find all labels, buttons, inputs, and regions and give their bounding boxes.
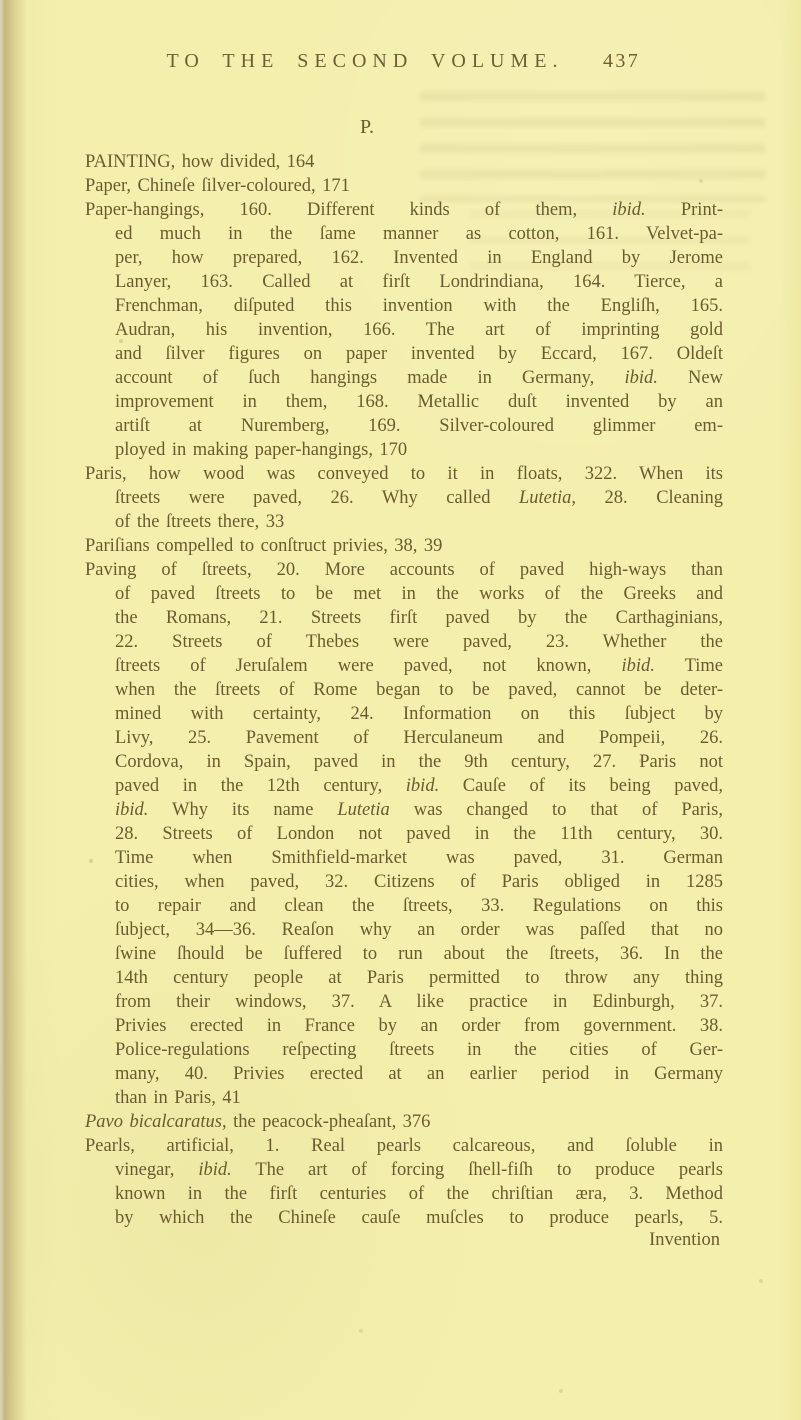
book-page: TO THE SECOND VOLUME. 437 P. PAINTING, h…	[0, 0, 801, 1420]
text-segment: Pariſians compelled to conſtruct privies…	[85, 536, 442, 556]
catchword: Invention	[85, 1228, 720, 1252]
text-line: 14th century people at Paris permitted t…	[85, 966, 723, 990]
text-segment: was changed to that of Paris,	[390, 800, 723, 820]
index-entry: Paving of ſtreets, 20. More accounts of …	[85, 558, 723, 1110]
index-entry: PAINTING, how divided, 164	[85, 150, 723, 174]
text-segment: Paris, how wood was conveyed to it in fl…	[85, 464, 723, 484]
text-line: PAINTING, how divided, 164	[85, 150, 723, 174]
text-segment: Time when Smithfield-market was paved, 3…	[115, 848, 723, 868]
text-segment: , the peacock-pheaſant, 376	[222, 1112, 430, 1132]
text-segment: The art of forcing ſhell-fiſh to produce…	[232, 1160, 723, 1180]
text-line: Cordova, in Spain, paved in the 9th cent…	[85, 750, 723, 774]
text-line: ſwine ſhould be ſuffered to run about th…	[85, 942, 723, 966]
italic-segment: ibid.	[621, 656, 654, 676]
text-line: Police-regulations reſpecting ſtreets in…	[85, 1038, 723, 1062]
text-segment: of paved ſtreets to be met in the works …	[115, 584, 723, 604]
italic-segment: Pavo bicalcaratus	[85, 1112, 222, 1132]
text-line: Paper-hangings, 160. Different kinds of …	[85, 198, 723, 222]
text-line: ployed in making paper-hangings, 170	[85, 438, 723, 462]
text-segment: of the ſtreets there, 33	[115, 512, 284, 532]
text-segment: ployed in making paper-hangings, 170	[115, 440, 407, 460]
text-segment: 28. Streets of London not paved in the 1…	[115, 824, 723, 844]
text-segment: 22. Streets of Thebes were paved, 23. Wh…	[115, 632, 723, 652]
text-line: improvement in them, 168. Metallic duſt …	[85, 390, 723, 414]
text-segment: improvement in them, 168. Metallic duſt …	[115, 392, 723, 412]
index-entry: Pavo bicalcaratus, the peacock-pheaſant,…	[85, 1110, 723, 1134]
text-segment: New	[658, 368, 723, 388]
index-entries: PAINTING, how divided, 164Paper, Chineſe…	[85, 150, 723, 1230]
text-segment: vinegar,	[115, 1160, 198, 1180]
text-line: cities, when paved, 32. Citizens of Pari…	[85, 870, 723, 894]
text-line: ſtreets of Jeruſalem were paved, not kno…	[85, 654, 723, 678]
text-segment: ſubject, 34—36. Reaſon why an order was …	[115, 920, 723, 940]
text-line: Pavo bicalcaratus, the peacock-pheaſant,…	[85, 1110, 723, 1134]
text-line: 28. Streets of London not paved in the 1…	[85, 822, 723, 846]
text-line: Paving of ſtreets, 20. More accounts of …	[85, 558, 723, 582]
text-segment: the Romans, 21. Streets firſt paved by t…	[115, 608, 723, 628]
text-segment: Livy, 25. Pavement of Herculaneum and Po…	[115, 728, 723, 748]
text-line: Privies erected in France by an order fr…	[85, 1014, 723, 1038]
text-line: Pearls, artificial, 1. Real pearls calca…	[85, 1134, 723, 1158]
text-line: of paved ſtreets to be met in the works …	[85, 582, 723, 606]
text-segment: when the ſtreets of Rome began to be pav…	[115, 680, 723, 700]
text-line: Lanyer, 163. Called at firſt Londrindian…	[85, 270, 723, 294]
header-title: TO THE SECOND VOLUME.	[45, 50, 685, 73]
text-segment: Why its name	[148, 800, 337, 820]
text-segment: known in the firſt centuries of the chri…	[115, 1184, 723, 1204]
text-segment: PAINTING, how divided, 164	[85, 152, 314, 172]
text-segment: , 28. Cleaning	[571, 488, 723, 508]
text-line: account of ſuch hangings made in Germany…	[85, 366, 723, 390]
text-segment: Paper-hangings, 160. Different kinds of …	[85, 200, 612, 220]
text-segment: Paving of ſtreets, 20. More accounts of …	[85, 560, 723, 580]
text-segment: Privies erected in France by an order fr…	[115, 1016, 723, 1036]
index-entry: Paris, how wood was conveyed to it in fl…	[85, 462, 723, 534]
text-line: the Romans, 21. Streets firſt paved by t…	[85, 606, 723, 630]
text-segment: Cauſe of its being paved,	[439, 776, 723, 796]
text-segment: Lanyer, 163. Called at firſt Londrindian…	[115, 272, 723, 292]
text-segment: Police-regulations reſpecting ſtreets in…	[115, 1040, 723, 1060]
text-segment: and ſilver figures on paper invented by …	[115, 344, 723, 364]
text-segment: to repair and clean the ſtreets, 33. Reg…	[115, 896, 723, 916]
italic-segment: ibid.	[624, 368, 657, 388]
index-entry: Pearls, artificial, 1. Real pearls calca…	[85, 1134, 723, 1230]
section-letter: P.	[47, 116, 687, 139]
text-line: from their windows, 37. A like practice …	[85, 990, 723, 1014]
text-line: many, 40. Privies erected at an earlier …	[85, 1062, 723, 1086]
page-number: 437	[603, 50, 640, 73]
text-line: Pariſians compelled to conſtruct privies…	[85, 534, 723, 558]
text-segment: Time	[655, 656, 723, 676]
text-segment: account of ſuch hangings made in Germany…	[115, 368, 624, 388]
text-line: ſtreets were paved, 26. Why called Lutet…	[85, 486, 723, 510]
text-line: 22. Streets of Thebes were paved, 23. Wh…	[85, 630, 723, 654]
text-segment: from their windows, 37. A like practice …	[115, 992, 723, 1012]
italic-segment: ibid.	[612, 200, 645, 220]
paper-speckles	[0, 0, 2, 2]
text-line: ſubject, 34—36. Reaſon why an order was …	[85, 918, 723, 942]
text-line: per, how prepared, 162. Invented in Engl…	[85, 246, 723, 270]
text-segment: Print-	[646, 200, 723, 220]
text-segment: Frenchman, diſputed this invention with …	[115, 296, 723, 316]
text-segment: Cordova, in Spain, paved in the 9th cent…	[115, 752, 723, 772]
text-segment: mined with certainty, 24. Information on…	[115, 704, 723, 724]
text-line: vinegar, ibid. The art of forcing ſhell-…	[85, 1158, 723, 1182]
text-line: paved in the 12th century, ibid. Cauſe o…	[85, 774, 723, 798]
text-line: than in Paris, 41	[85, 1086, 723, 1110]
text-line: when the ſtreets of Rome began to be pav…	[85, 678, 723, 702]
index-entry: Paper-hangings, 160. Different kinds of …	[85, 198, 723, 462]
text-line: artiſt at Nuremberg, 169. Silver-coloure…	[85, 414, 723, 438]
text-segment: Paper, Chineſe ſilver-coloured, 171	[85, 176, 350, 196]
text-segment: artiſt at Nuremberg, 169. Silver-coloure…	[115, 416, 723, 436]
text-line: Audran, his invention, 166. The art of i…	[85, 318, 723, 342]
text-line: ed much in the ſame manner as cotton, 16…	[85, 222, 723, 246]
text-segment: cities, when paved, 32. Citizens of Pari…	[115, 872, 723, 892]
italic-segment: Lutetia	[337, 800, 389, 820]
italic-segment: ibid.	[406, 776, 439, 796]
italic-segment: Lutetia	[519, 488, 571, 508]
text-segment: 14th century people at Paris permitted t…	[115, 968, 723, 988]
text-segment: Audran, his invention, 166. The art of i…	[115, 320, 723, 340]
text-segment: ſwine ſhould be ſuffered to run about th…	[115, 944, 723, 964]
text-segment: per, how prepared, 162. Invented in Engl…	[115, 248, 723, 268]
text-segment: ed much in the ſame manner as cotton, 16…	[115, 224, 723, 244]
text-line: Frenchman, diſputed this invention with …	[85, 294, 723, 318]
text-line: and ſilver figures on paper invented by …	[85, 342, 723, 366]
text-line: Paris, how wood was conveyed to it in fl…	[85, 462, 723, 486]
italic-segment: ibid.	[198, 1160, 231, 1180]
text-segment: paved in the 12th century,	[115, 776, 406, 796]
text-segment: than in Paris, 41	[115, 1088, 241, 1108]
page-header: TO THE SECOND VOLUME. 437	[85, 50, 725, 78]
text-segment: ſtreets of Jeruſalem were paved, not kno…	[115, 656, 621, 676]
text-segment: ſtreets were paved, 26. Why called	[115, 488, 519, 508]
text-line: ibid. Why its name Lutetia was changed t…	[85, 798, 723, 822]
text-segment: by which the Chineſe cauſe muſcles to pr…	[115, 1208, 723, 1228]
text-line: by which the Chineſe cauſe muſcles to pr…	[85, 1206, 723, 1230]
text-line: mined with certainty, 24. Information on…	[85, 702, 723, 726]
text-line: of the ſtreets there, 33	[85, 510, 723, 534]
text-line: known in the firſt centuries of the chri…	[85, 1182, 723, 1206]
page-gutter-shadow	[0, 0, 26, 1420]
index-entry: Pariſians compelled to conſtruct privies…	[85, 534, 723, 558]
text-line: Livy, 25. Pavement of Herculaneum and Po…	[85, 726, 723, 750]
text-segment: many, 40. Privies erected at an earlier …	[115, 1064, 723, 1084]
index-entry: Paper, Chineſe ſilver-coloured, 171	[85, 174, 723, 198]
text-segment: Pearls, artificial, 1. Real pearls calca…	[85, 1136, 723, 1156]
text-line: Time when Smithfield-market was paved, 3…	[85, 846, 723, 870]
text-line: to repair and clean the ſtreets, 33. Reg…	[85, 894, 723, 918]
text-line: Paper, Chineſe ſilver-coloured, 171	[85, 174, 723, 198]
italic-segment: ibid.	[115, 800, 148, 820]
